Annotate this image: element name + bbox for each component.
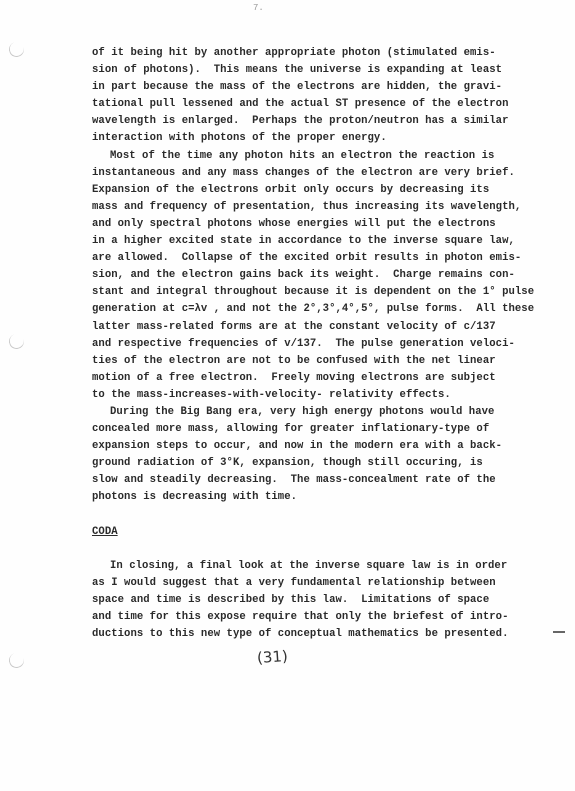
page-number: (31) [256, 647, 288, 667]
text-line: expansion steps to occur, and now in the… [92, 438, 552, 455]
text-line: interaction with photons of the proper e… [92, 130, 552, 147]
text-line: mass and frequency of presentation, thus… [92, 199, 552, 216]
margin-mark [553, 631, 565, 633]
text-line: During the Big Bang era, very high energ… [92, 404, 552, 421]
paragraph-3: During the Big Bang era, very high energ… [92, 404, 552, 507]
text-line: ties of the electron are not to be confu… [92, 353, 552, 370]
text-line: in part because the mass of the electron… [92, 79, 552, 96]
text-line: as I would suggest that a very fundament… [92, 575, 552, 592]
text-line: motion of a free electron. Freely moving… [92, 370, 552, 387]
text-line: wavelength is enlarged. Perhaps the prot… [92, 113, 552, 130]
text-line: and respective frequencies of v/137. The… [92, 336, 552, 353]
text-line: to the mass-increases-with-velocity- rel… [92, 387, 552, 404]
text-line: Expansion of the electrons orbit only oc… [92, 182, 552, 199]
text-line: stant and integral throughout because it… [92, 284, 552, 301]
text-line: in a higher excited state in accordance … [92, 233, 552, 250]
punch-hole-mark [7, 332, 26, 351]
text-line: generation at c=λv , and not the 2°,3°,4… [92, 301, 552, 318]
text-line: sion of photons). This means the univers… [92, 62, 552, 79]
text-line: of it being hit by another appropriate p… [92, 45, 552, 62]
paragraph-2: Most of the time any photon hits an elec… [92, 148, 552, 404]
text-line: photons is decreasing with time. [92, 489, 552, 506]
text-line: In closing, a final look at the inverse … [92, 558, 552, 575]
text-line: instantaneous and any mass changes of th… [92, 165, 552, 182]
page-mark: 7. [253, 3, 264, 13]
paragraph-1: of it being hit by another appropriate p… [92, 45, 552, 148]
text-line: tational pull lessened and the actual ST… [92, 96, 552, 113]
text-line: ductions to this new type of conceptual … [92, 626, 552, 643]
section-heading: CODA [92, 524, 552, 541]
text-line: concealed more mass, allowing for greate… [92, 421, 552, 438]
punch-hole-mark [7, 651, 26, 670]
document-body: of it being hit by another appropriate p… [92, 45, 552, 643]
text-line: space and time is described by this law.… [92, 592, 552, 609]
text-line: slow and steadily decreasing. The mass-c… [92, 472, 552, 489]
punch-hole-mark [7, 40, 26, 59]
text-line: sion, and the electron gains back its we… [92, 267, 552, 284]
text-line: and only spectral photons whose energies… [92, 216, 552, 233]
text-line: latter mass-related forms are at the con… [92, 319, 552, 336]
text-line: and time for this expose require that on… [92, 609, 552, 626]
text-line: ground radiation of 3°K, expansion, thou… [92, 455, 552, 472]
text-line: are allowed. Collapse of the excited orb… [92, 250, 552, 267]
text-line: Most of the time any photon hits an elec… [92, 148, 552, 165]
coda-paragraph: In closing, a final look at the inverse … [92, 558, 552, 643]
